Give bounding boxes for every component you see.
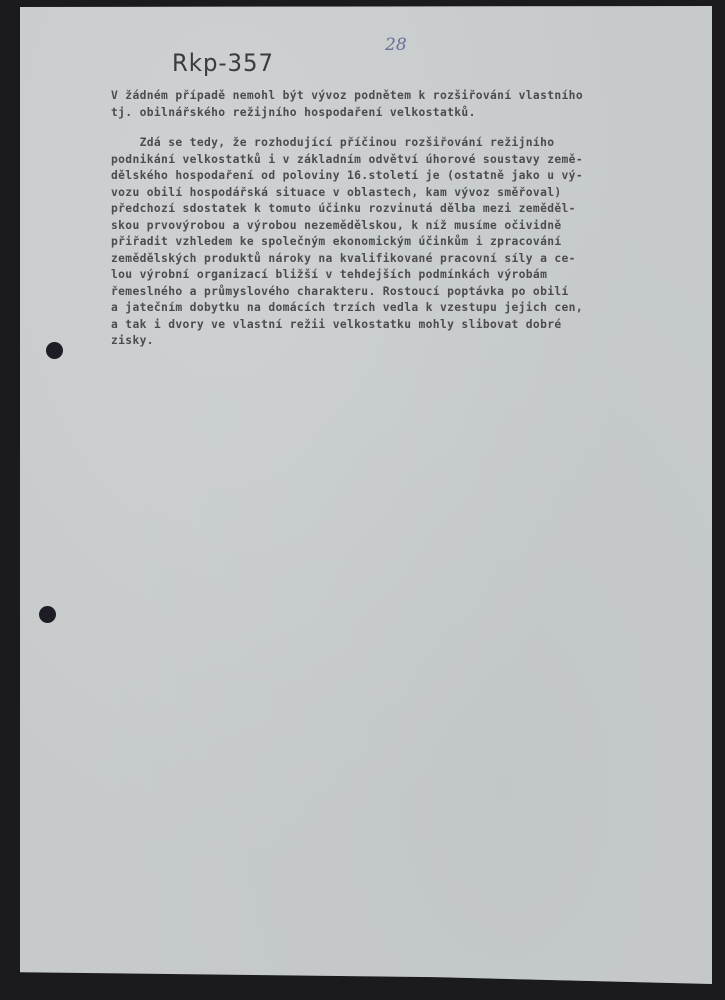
text-line: lou výrobní organizací bližší v tehdejší… [111, 267, 681, 284]
text-line: V žádném případě nemohl být vývoz podnět… [111, 88, 681, 105]
text-line: a tak i dvory ve vlastní režii velkostat… [111, 317, 681, 334]
text-line: tj. obilnářského režijního hospodaření v… [111, 105, 681, 122]
text-line: dělského hospodaření od poloviny 16.stol… [111, 168, 681, 185]
punch-hole [39, 606, 56, 623]
handwritten-page-number: 28 [385, 35, 407, 55]
punch-hole [46, 342, 63, 359]
text-line: a jatečním dobytku na domácích trzích ve… [111, 300, 681, 317]
text-line: skou prvovýrobou a výrobou nezemědělskou… [111, 218, 681, 235]
text-line: řemeslného a průmyslového charakteru. Ro… [111, 284, 681, 301]
paragraph: V žádném případě nemohl být vývoz podnět… [111, 88, 681, 121]
text-line: podnikání velkostatků i v základním odvě… [111, 152, 681, 169]
typewritten-body: V žádném případě nemohl být vývoz podnět… [111, 88, 681, 350]
scanned-document: Rkp-357 28 V žádném případě nemohl být v… [0, 0, 725, 1000]
text-line: zisky. [111, 333, 681, 350]
shelfmark-label: Rkp-357 [172, 49, 274, 77]
text-line: zemědělských produktů nároky na kvalifik… [111, 251, 681, 268]
text-line: Zdá se tedy, že rozhodující příčinou roz… [111, 135, 681, 152]
paragraph: Zdá se tedy, že rozhodující příčinou roz… [111, 135, 681, 350]
text-line: vozu obilí hospodářská situace v oblaste… [111, 185, 681, 202]
text-line: přiřadit vzhledem ke společným ekonomick… [111, 234, 681, 251]
text-line: předchozí sdostatek k tomuto účinku rozv… [111, 201, 681, 218]
